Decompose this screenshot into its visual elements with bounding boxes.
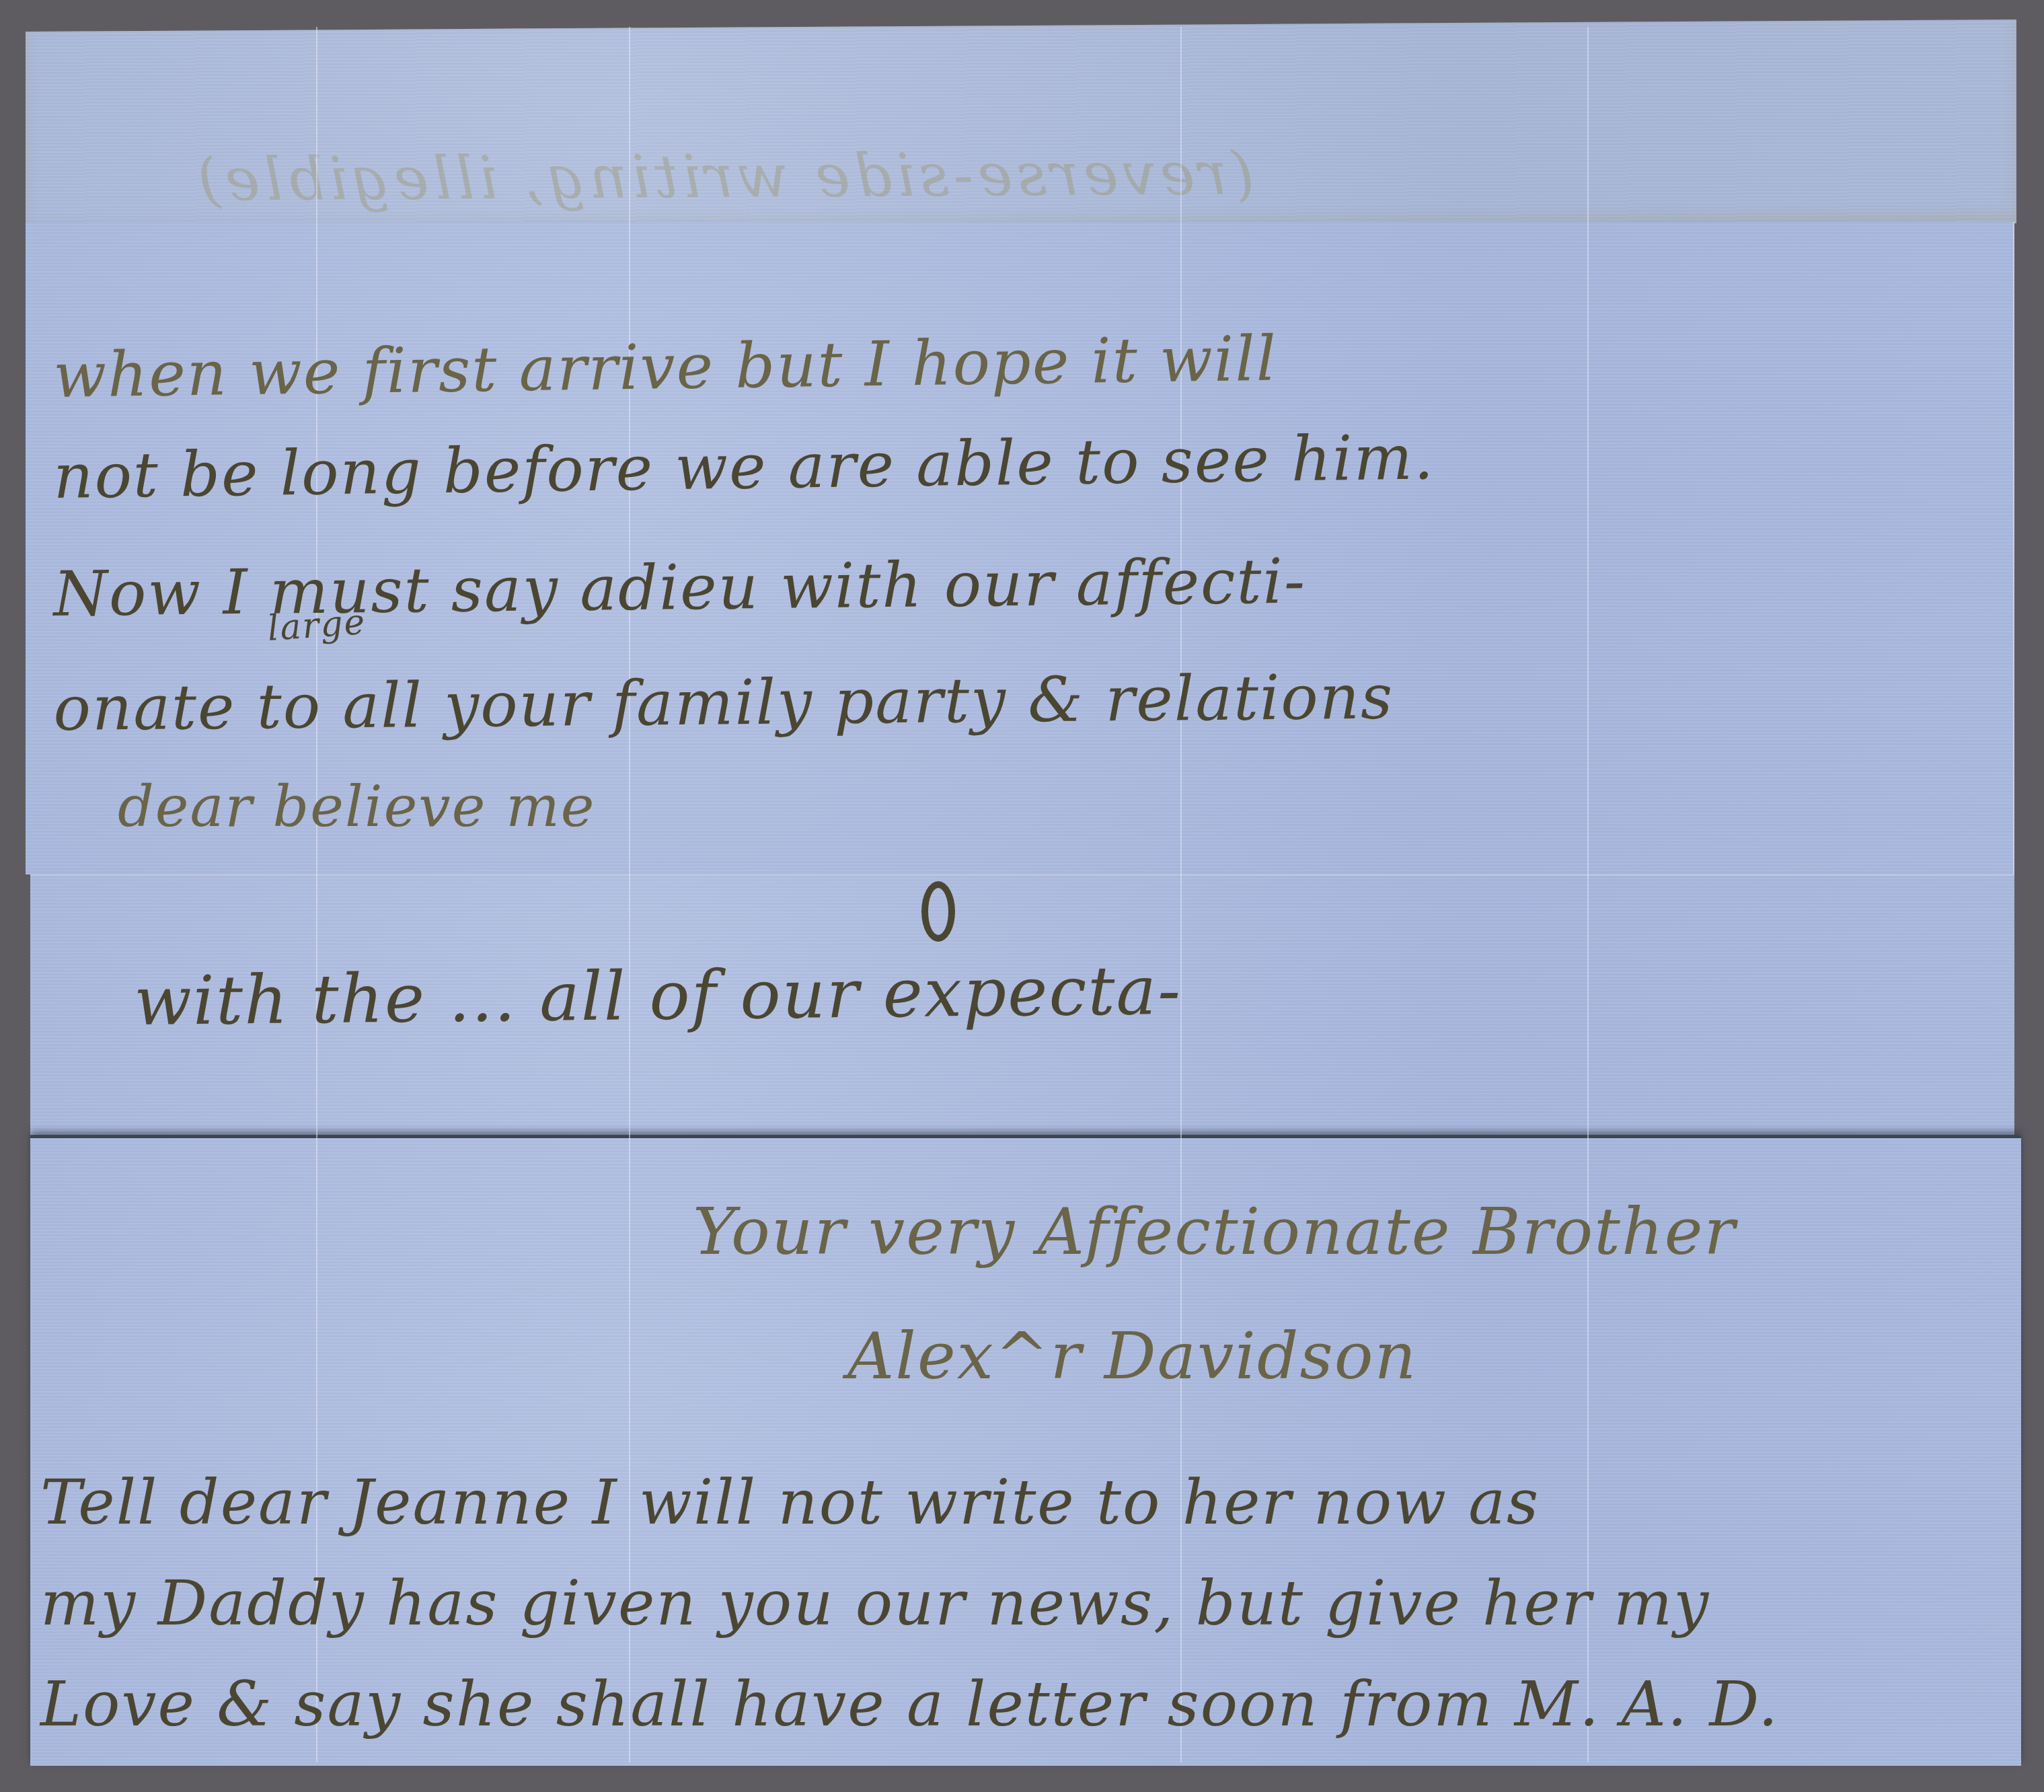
letter-line-4: onate to all your family party & relatio…	[53, 661, 1394, 745]
fold-crease	[1587, 27, 1589, 1762]
letter-line-5: dear believe me	[118, 774, 596, 839]
signature: Alex^r Davidson	[847, 1318, 1417, 1394]
postscript-line-2: my Daddy has given you our news, but giv…	[40, 1567, 1710, 1639]
interlinear-insertion: large	[266, 602, 367, 649]
folded-cut-off-line: with the ... all of our expecta-	[134, 951, 1182, 1041]
valediction: Your very Affectionate Brother	[693, 1194, 1736, 1269]
top-fold-panel: (reverse-side writing, illegible)	[26, 20, 2016, 235]
ink-loop-mark	[921, 881, 955, 942]
letter-line-3: Now I must say adieu with our affecti-	[53, 546, 1307, 630]
bleed-through-text: (reverse-side writing, illegible)	[194, 139, 1254, 215]
postscript-line-3: Love & say she shall have a letter soon …	[40, 1668, 1779, 1740]
letter-scan: (reverse-side writing, illegible) when w…	[0, 0, 2044, 1792]
postscript-line-1: Tell dear Jeanne I will not write to her…	[40, 1466, 1540, 1538]
